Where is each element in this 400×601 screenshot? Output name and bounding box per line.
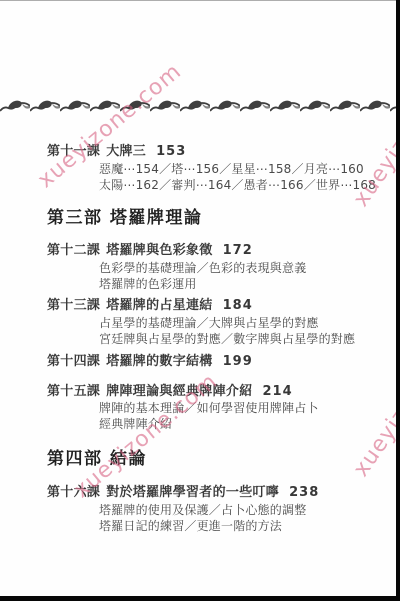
toc-entry-lesson-13: 第十三課 塔羅牌的占星連結 184	[47, 298, 253, 314]
scan-bottom-edge	[0, 596, 400, 601]
lesson-page-number: 199	[223, 354, 253, 370]
watermark: xueyizone.com	[349, 50, 400, 212]
lesson-number: 第十四課	[47, 354, 100, 370]
book-page: xueyizone.com xueyizone.com xueyizone.co…	[0, 0, 400, 601]
scan-right-edge	[396, 0, 400, 601]
toc-subline: 占星學的基礎理論／大牌與占星學的對應	[99, 316, 319, 331]
part-heading: 第三部 塔羅牌理論	[47, 208, 202, 229]
lesson-title: 對於塔羅牌學習者的一些叮嚀	[106, 485, 279, 501]
wave-border-graphic	[0, 94, 400, 120]
toc-subline: 牌陣的基本理論／如何學習使用牌陣占卜	[99, 401, 319, 416]
toc-subline: 惡魔⋯154／塔⋯156／星星⋯158／月亮⋯160	[99, 162, 364, 177]
lesson-title: 大牌三	[106, 144, 146, 160]
lesson-page-number: 153	[156, 144, 186, 160]
lesson-title: 塔羅牌的占星連結	[106, 298, 212, 314]
lesson-number: 第十三課	[47, 298, 100, 314]
watermark: xueyizone.com	[349, 320, 400, 482]
toc-subline: 宮廷牌與占星學的對應／數字牌與占星學的對應	[99, 332, 355, 347]
toc-entry-lesson-14: 第十四課 塔羅牌的數字結構 199	[47, 354, 253, 370]
toc-subline: 塔羅牌的使用及保護／占卜心態的調整	[99, 503, 306, 518]
lesson-number: 第十五課	[47, 384, 100, 400]
lesson-page-number: 184	[223, 298, 253, 314]
lesson-title: 塔羅牌與色彩象徵	[106, 243, 212, 259]
toc-entry-lesson-15: 第十五課 牌陣理論與經典牌陣介紹 214	[47, 384, 293, 400]
toc-subline: 塔羅日記的練習／更進一階的方法	[99, 519, 282, 534]
toc-entry-lesson-12: 第十二課 塔羅牌與色彩象徵 172	[47, 243, 253, 259]
lesson-number: 第十二課	[47, 243, 100, 259]
decorative-wave-border	[0, 94, 400, 120]
toc-subline: 太陽⋯162／審判⋯164／愚者⋯166／世界⋯168	[99, 178, 376, 193]
toc-subline: 色彩學的基礎理論／色彩的表現與意義	[99, 261, 306, 276]
toc-subline: 塔羅牌的色彩運用	[99, 277, 197, 292]
lesson-page-number: 214	[263, 384, 293, 400]
lesson-page-number: 238	[289, 485, 319, 501]
lesson-title: 塔羅牌的數字結構	[106, 354, 212, 370]
scan-top-edge	[0, 0, 400, 1]
lesson-page-number: 172	[223, 243, 253, 259]
